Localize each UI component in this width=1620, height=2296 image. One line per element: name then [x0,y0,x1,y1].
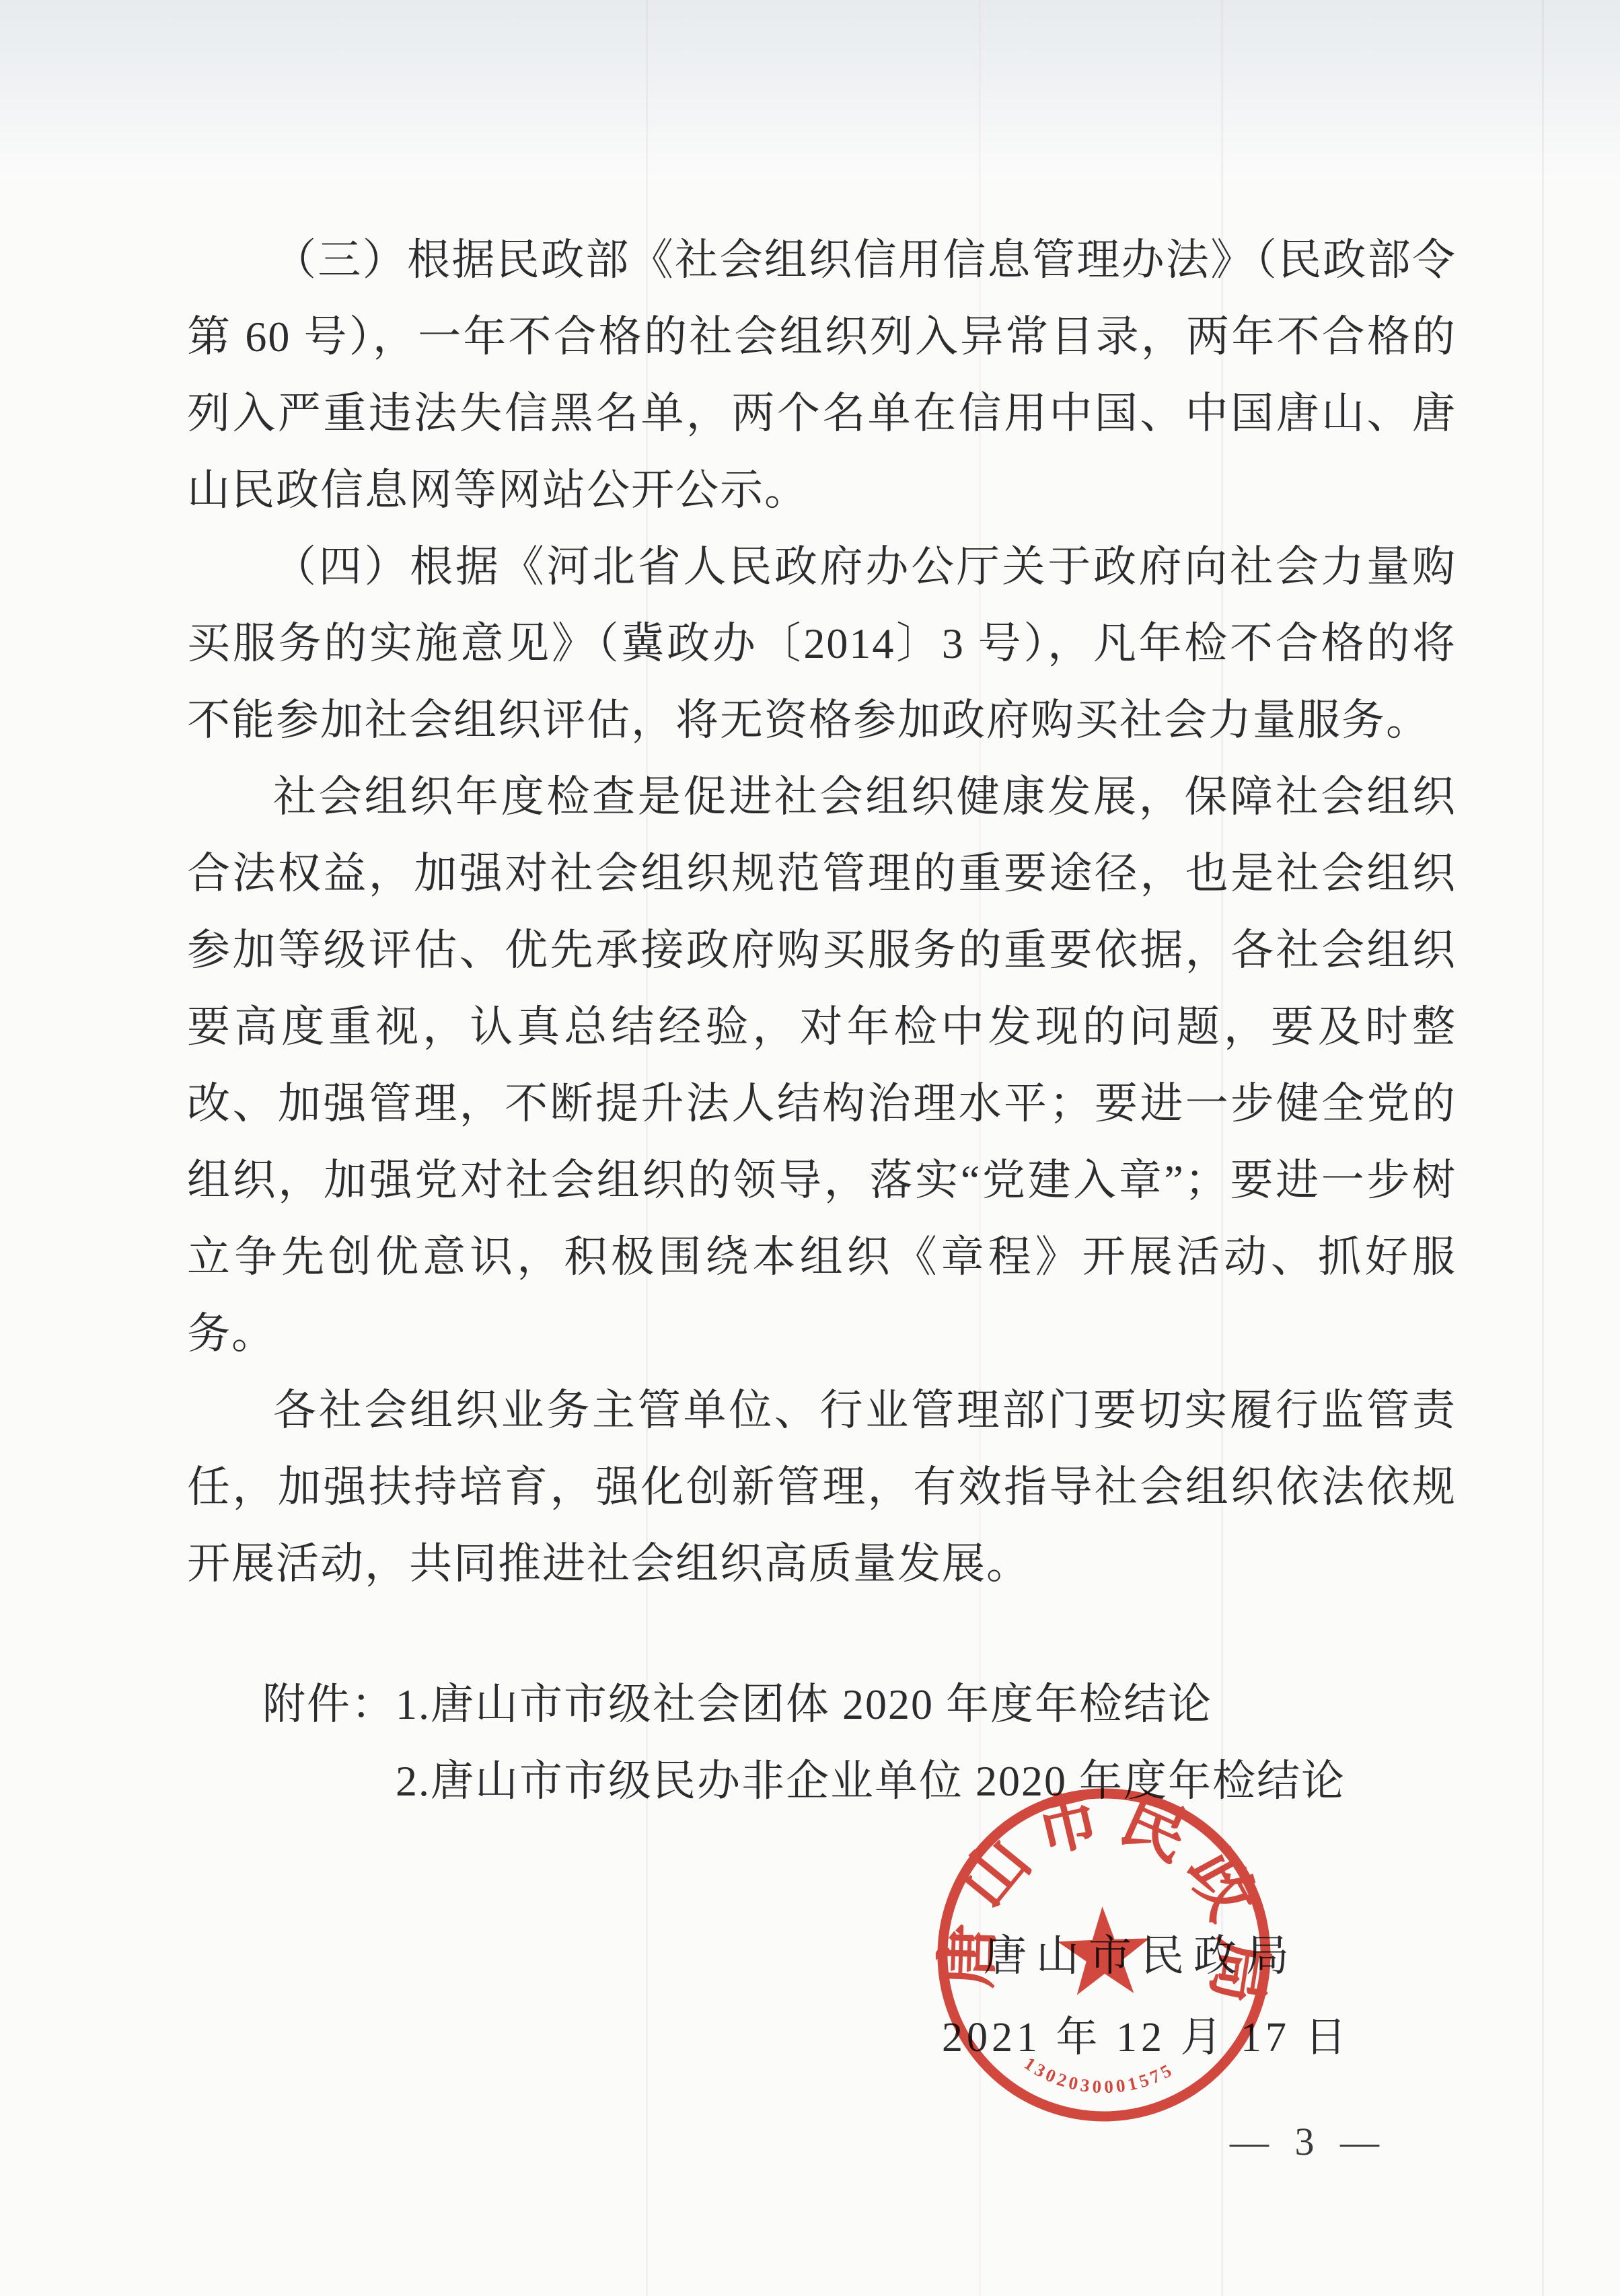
document-body: （三）根据民政部《社会组织信用信息管理办法》（民政部令第 60 号），一年不合格… [187,222,1457,1820]
attachment-item: 1.唐山市市级社会团体 2020 年度年检结论 [396,1666,1346,1743]
document-page: （三）根据民政部《社会组织信用信息管理办法》（民政部令第 60 号），一年不合格… [0,0,1620,2296]
paragraph-item-4: （四）根据《河北省人民政府办公厅关于政府向社会力量购买服务的实施意见》（冀政办〔… [187,529,1457,759]
seal-arc-text: 唐山市民政局 [930,1781,1278,2030]
attachments-label: 附件： [262,1666,396,1820]
official-seal: 唐山市民政局 1302030001575 [930,1781,1278,2128]
scan-artifact-band [0,0,1620,178]
scan-streak [1542,0,1544,2296]
page-number: — 3 — [1230,2119,1387,2164]
paragraph-item-3: （三）根据民政部《社会组织信用信息管理办法》（民政部令第 60 号），一年不合格… [187,222,1457,529]
paragraph-summary: 社会组织年度检查是促进社会组织健康发展，保障社会组织合法权益，加强对社会组织规范… [187,759,1457,1372]
paragraph-closing: 各社会组织业务主管单位、行业管理部门要切实履行监管责任，加强扶持培育，强化创新管… [187,1372,1457,1602]
seal-serial-number: 1302030001575 [1020,2048,1178,2100]
seal-star-icon [1056,1905,1151,1996]
attachments-block: 附件： 1.唐山市市级社会团体 2020 年度年检结论 2.唐山市市级民办非企业… [262,1666,1457,1820]
